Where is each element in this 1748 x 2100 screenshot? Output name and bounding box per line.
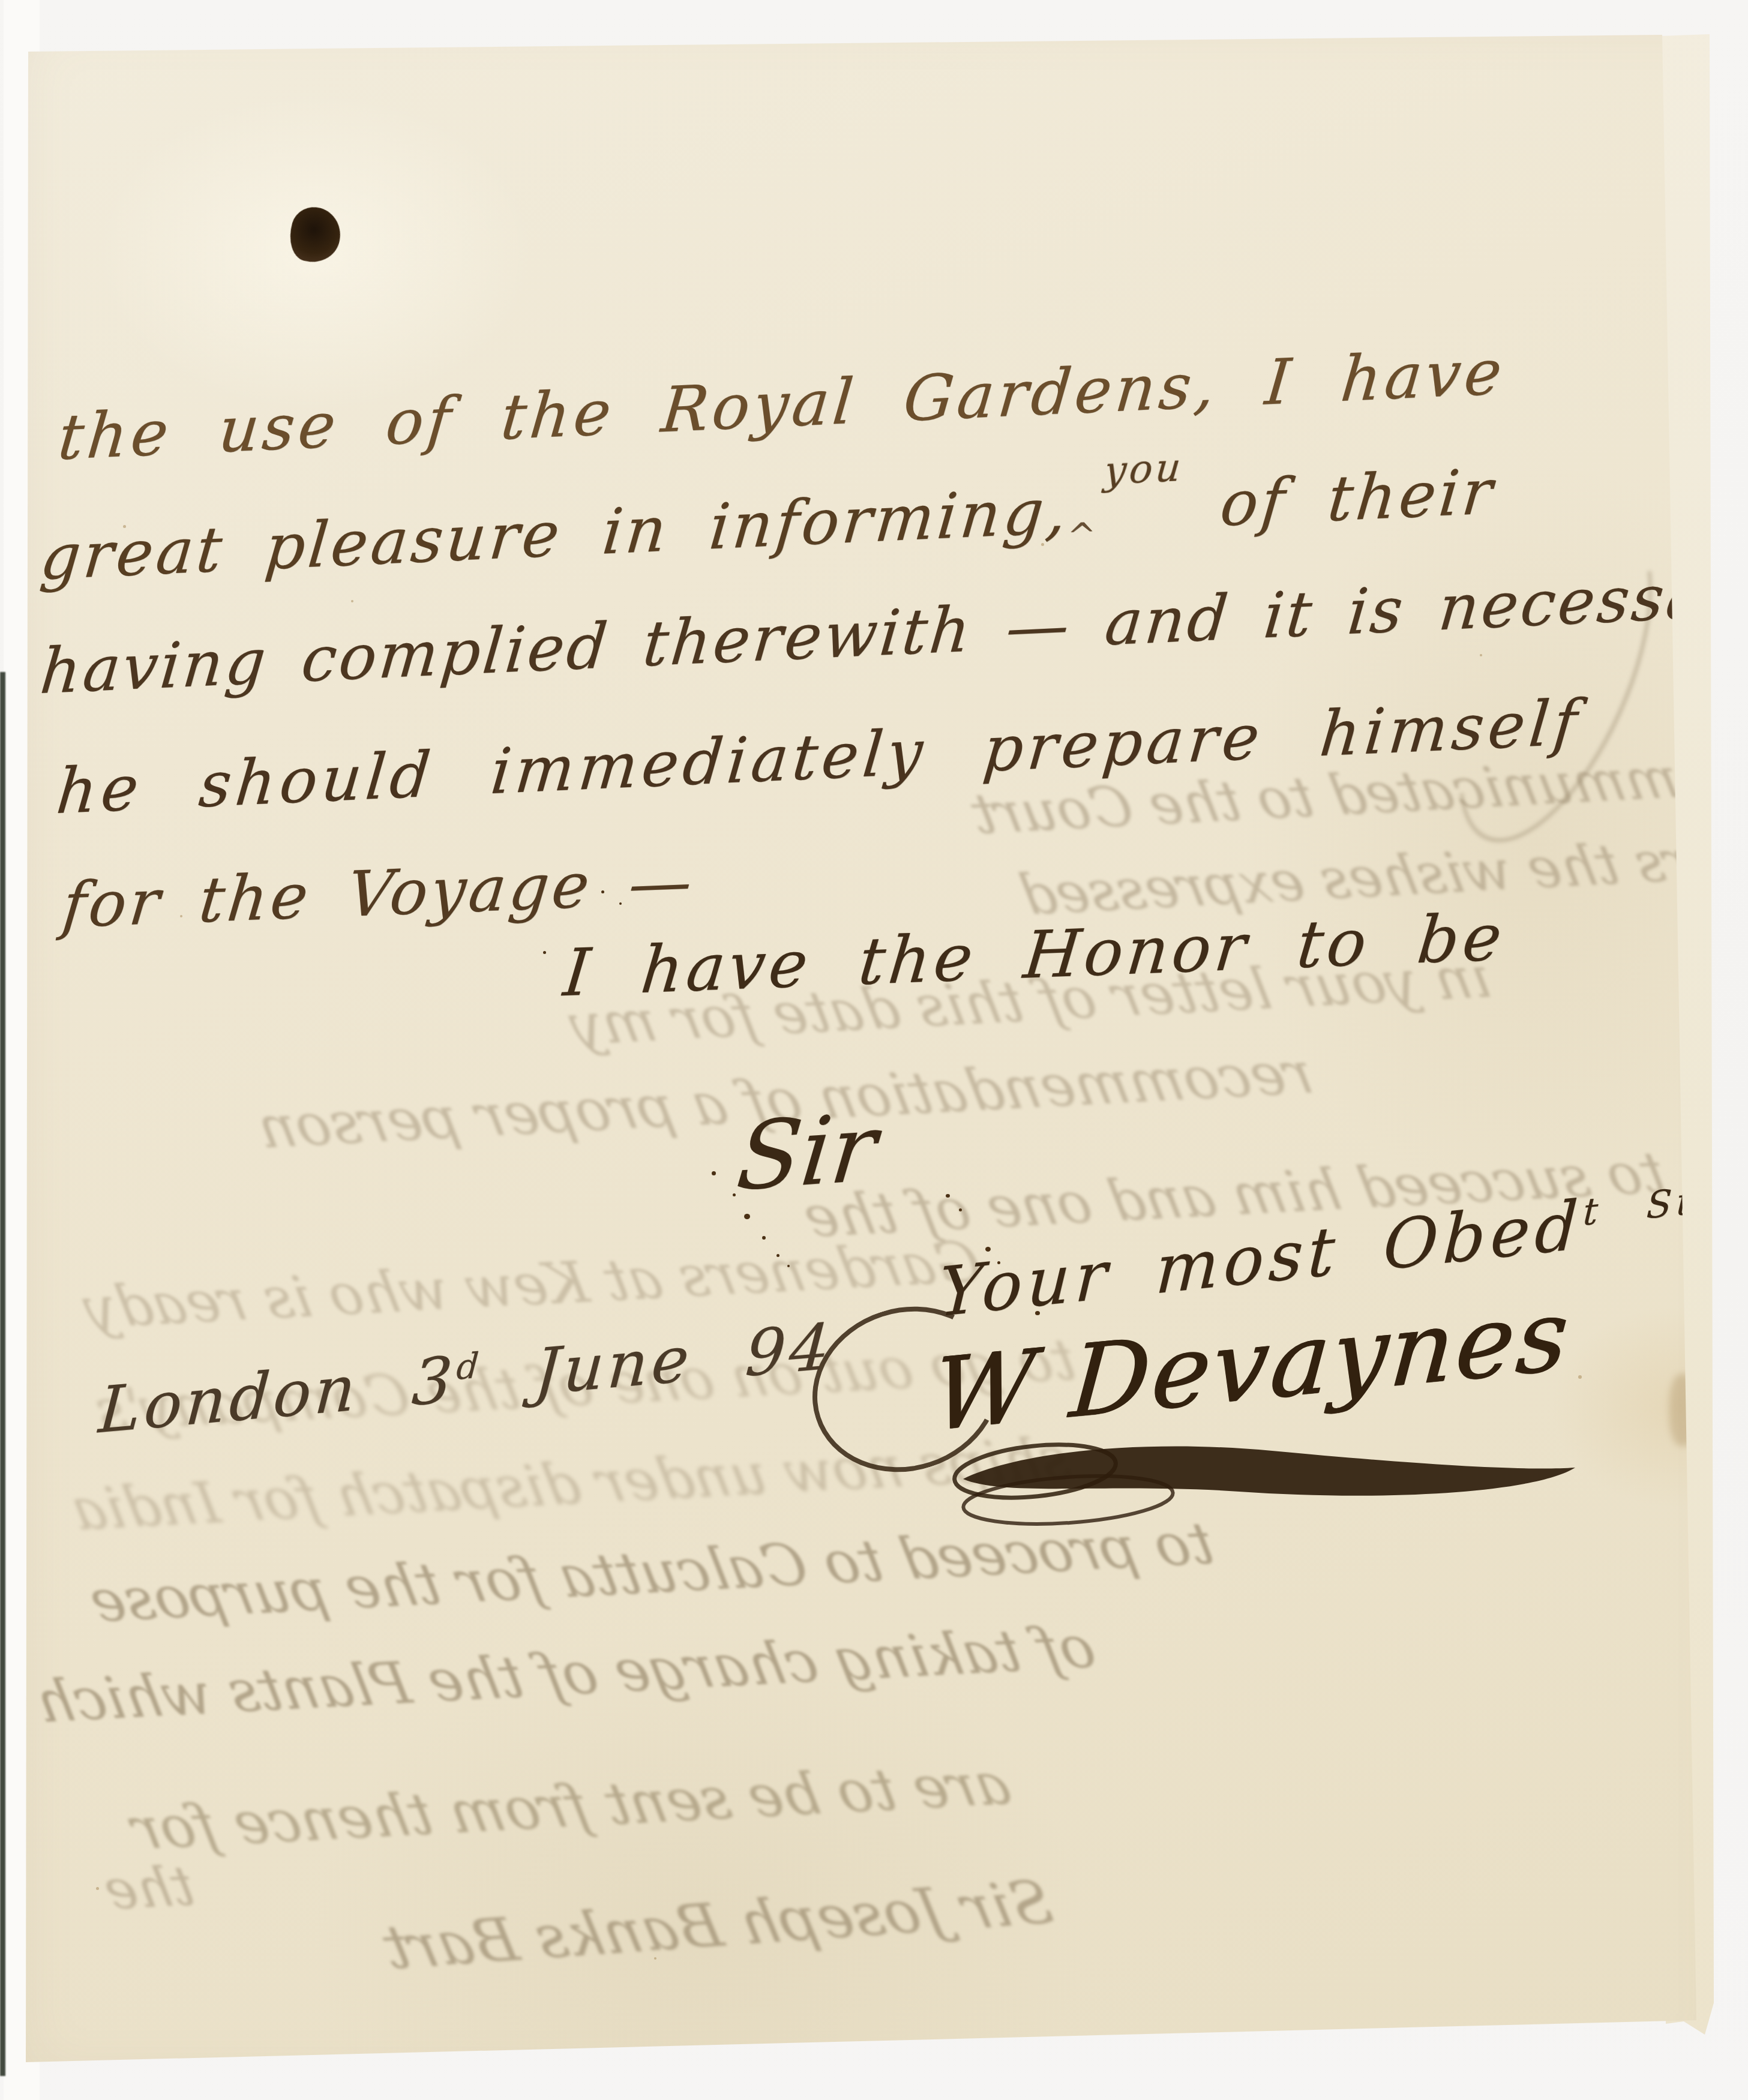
foxing-spot	[1578, 1375, 1582, 1379]
scan-edge-shadow	[0, 672, 5, 2076]
ink-splatter	[946, 1194, 950, 1198]
bleedthrough-address: Sir Joseph Banks Bart	[377, 1867, 1059, 1983]
foxing-spot	[96, 1887, 99, 1890]
insertion-caret: ^	[1065, 515, 1101, 557]
bleedthrough-catchword: the	[99, 1855, 199, 1922]
foxing-spot	[123, 525, 126, 528]
ink-splatter	[712, 1171, 716, 1175]
bleedthrough-line: are to be sent from thence for	[126, 1750, 1016, 1863]
bleedthrough-line: Gardeners at Kew who is ready	[79, 1229, 987, 1341]
line-2-text: great pleasure in informing,	[37, 474, 1072, 594]
bleedthrough-line: of taking charge of the Plants which	[30, 1613, 1101, 1735]
letter-line-1: the use of the Royal Gardens, I have	[55, 335, 1509, 474]
letter-line-2: great pleasure in informing,^you of thei…	[37, 455, 1498, 595]
letter-page: having communicated to the Court of Dire…	[0, 0, 1748, 2100]
line-2-text-after: of their	[1218, 455, 1499, 541]
foxing-spot	[654, 1957, 656, 1960]
valediction-superscript: t	[1582, 1189, 1603, 1234]
interlinear-insertion: you	[1102, 445, 1186, 493]
foxing-spot	[1480, 654, 1482, 656]
ink-splatter	[997, 1261, 1000, 1264]
ink-splatter	[776, 1254, 779, 1257]
ink-splatter	[581, 878, 584, 882]
ink-splatter	[985, 1247, 991, 1252]
signature-paraph	[945, 1416, 1593, 1542]
ink-splatter	[1035, 1311, 1040, 1315]
foxing-spot	[180, 915, 182, 917]
ink-splatter	[543, 951, 546, 954]
ink-splatter	[959, 1208, 962, 1211]
foxing-spot	[1041, 543, 1044, 546]
ink-splatter	[619, 902, 622, 905]
ink-splatter	[733, 1193, 736, 1196]
salutation: Sir	[732, 1093, 882, 1212]
ink-splatter	[787, 1265, 790, 1267]
dateline-superscript: d	[455, 1345, 484, 1388]
ink-blot	[283, 202, 347, 269]
letter-scan: having communicated to the Court of Dire…	[0, 0, 1748, 2100]
foxing-spot	[351, 600, 353, 602]
ink-splatter	[601, 890, 604, 893]
ink-splatter	[744, 1214, 750, 1219]
ink-splatter	[762, 1236, 766, 1240]
